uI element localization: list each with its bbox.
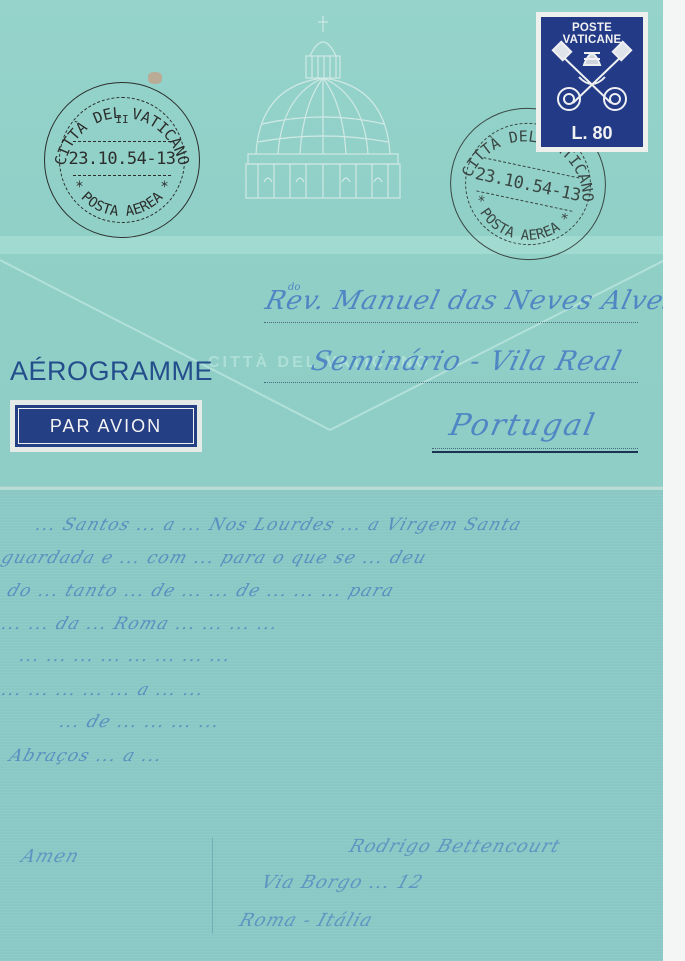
- st-peters-dome-icon: [238, 14, 408, 204]
- postmark-bottom-text: * POSTA AEREA *: [68, 178, 177, 220]
- letter-line: Abraços ... a ...: [7, 746, 166, 766]
- letter-line: ... ... ... ... ... a ... ...: [0, 680, 207, 700]
- airmail-label: PAR AVION: [10, 400, 202, 452]
- letter-line: ... ... da ... Roma ... ... ... ...: [0, 614, 281, 634]
- signature-line: Via Borgo ... 12: [259, 872, 426, 893]
- postage-stamp: POSTE VATICANE L. 80: [536, 12, 648, 152]
- postmark-left: CITTÀ DEL VATICANO * POSTA AEREA * II 23…: [44, 82, 200, 238]
- signature-line: Roma - Itália: [237, 910, 376, 931]
- address-recipient: Rev. Manuel das Neves Alves: [262, 286, 681, 316]
- postmark-date: 23.10.54-13: [45, 149, 199, 169]
- papal-keys-tiara-icon: [551, 37, 633, 119]
- letter-line: ... Santos ... a ... Nos Lourdes ... a V…: [33, 515, 525, 535]
- fold-line: [0, 486, 665, 490]
- svg-text:* POSTA AEREA *: * POSTA AEREA *: [68, 178, 177, 220]
- letter-line: guardada e ... com ... para o que se ...…: [0, 548, 430, 568]
- address-country: Portugal: [446, 408, 599, 443]
- aerogramme-sheet: CITTÀ DEL VATICANO: [0, 0, 685, 961]
- airmail-label-text: PAR AVION: [18, 408, 194, 444]
- page-edge: [663, 0, 685, 961]
- letter-line: do ... tanto ... de ... ... de ... ... .…: [5, 581, 397, 601]
- form-title: AÉROGRAMME: [10, 356, 213, 387]
- letter-line: ... ... ... ... ... ... ... ...: [17, 646, 234, 666]
- stamp-value: L. 80: [541, 123, 643, 144]
- postmark-code: II: [45, 113, 199, 126]
- address-line-2: [264, 382, 638, 383]
- address-line-3: [432, 448, 638, 449]
- letter-line: ... de ... ... ... ...: [57, 712, 223, 732]
- signature-line: Rodrigo Bettencourt: [347, 836, 564, 857]
- address-line-1: [264, 322, 638, 323]
- letter-closing: Amen: [19, 846, 83, 867]
- address-underline: [432, 451, 638, 453]
- signature-bracket: [212, 838, 225, 934]
- address-place: Seminário - Vila Real: [308, 346, 625, 377]
